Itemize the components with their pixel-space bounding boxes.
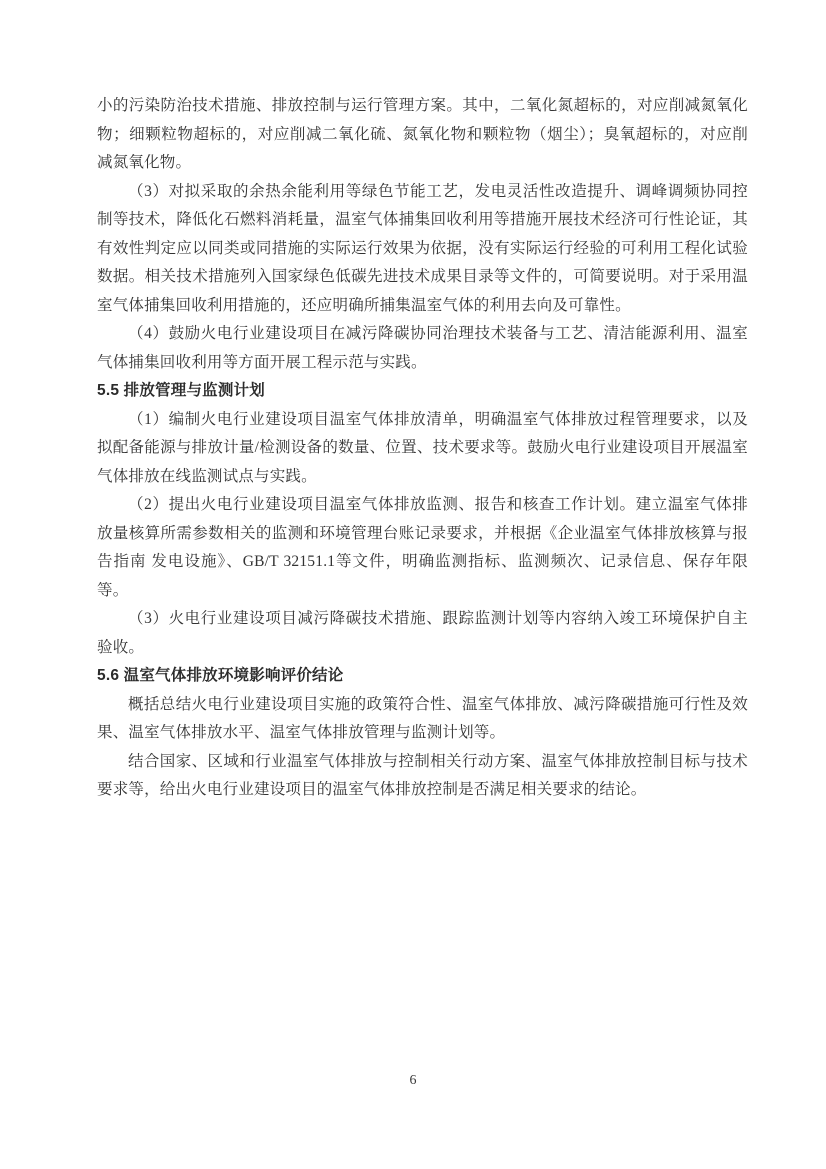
body-paragraph: （3）对拟采取的余热余能利用等绿色节能工艺，发电灵活性改造提升、调峰调频协同控制… — [97, 178, 748, 321]
page-footer: 6 — [0, 1072, 826, 1090]
section-heading: 5.6 温室气体排放环境影响评价结论 — [97, 662, 748, 691]
body-paragraph: （2）提出火电行业建设项目温室气体排放监测、报告和核查工作计划。建立温室气体排放… — [97, 491, 748, 605]
body-paragraph: （4）鼓励火电行业建设项目在减污降碳协同治理技术装备与工艺、清洁能源利用、温室气… — [97, 320, 748, 377]
document-page: 小的污染防治技术措施、排放控制与运行管理方案。其中，二氧化氮超标的，对应削减氮氧… — [0, 0, 826, 1169]
body-paragraph: 概括总结火电行业建设项目实施的政策符合性、温室气体排放、减污降碳措施可行性及效果… — [97, 691, 748, 748]
body-paragraph: 结合国家、区域和行业温室气体排放与控制相关行动方案、温室气体排放控制目标与技术要… — [97, 748, 748, 805]
body-paragraph: 小的污染防治技术措施、排放控制与运行管理方案。其中，二氧化氮超标的，对应削减氮氧… — [97, 92, 748, 178]
body-paragraph: （1）编制火电行业建设项目温室气体排放清单，明确温室气体排放过程管理要求，以及拟… — [97, 406, 748, 492]
section-heading: 5.5 排放管理与监测计划 — [97, 377, 748, 406]
document-blocks: 小的污染防治技术措施、排放控制与运行管理方案。其中，二氧化氮超标的，对应削减氮氧… — [97, 92, 748, 805]
body-paragraph: （3）火电行业建设项目减污降碳技术措施、跟踪监测计划等内容纳入竣工环境保护自主验… — [97, 605, 748, 662]
page-number: 6 — [410, 1073, 417, 1088]
